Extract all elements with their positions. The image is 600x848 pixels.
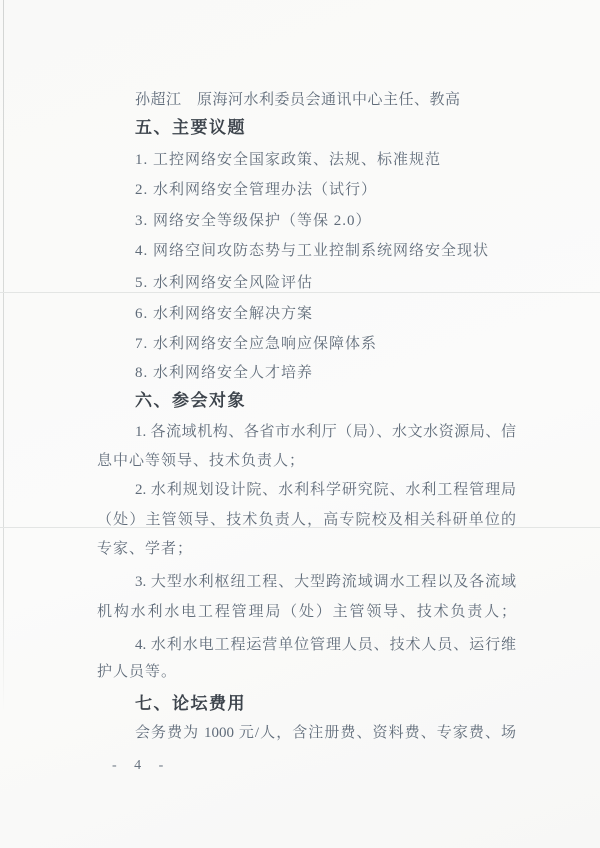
topic-item-2: 2. 水利网络安全管理办法（试行） [135,179,377,201]
topic-item-6: 6. 水利网络安全解决方案 [135,303,313,325]
fees-line-1: 会务费为 1000 元/人，含注册费、资料费、专家费、场 [135,722,516,744]
topic-item-3: 3. 网络安全等级保护（等保 2.0） [135,210,372,232]
attendees-line-7: 机构水利水电工程管理局（处）主管领导、技术负责人； [97,601,516,623]
topic-item-7: 7. 水利网络安全应急响应保障体系 [135,333,377,355]
attendees-line-9: 护人员等。 [97,661,177,683]
section-topics-heading: 五、主要议题 [135,117,246,139]
section-fees-heading: 七、论坛费用 [135,693,246,715]
attendees-line-5: 专家、学者； [97,538,193,560]
attendees-line-2: 息中心等领导、技术负责人； [97,450,305,472]
attendees-line-1: 1. 各流域机构、各省市水利厅（局）、水文水资源局、信 [135,421,516,443]
page-number: - 4 - [112,755,167,777]
attendees-line-8: 4. 水利水电工程运营单位管理人员、技术人员、运行维 [135,634,516,656]
scanned-document-page: 孙超江 原海河水利委员会通讯中心主任、教高 五、主要议题 1. 工控网络安全国家… [0,0,600,848]
attendees-line-4: （处）主管领导、技术负责人，高专院校及相关科研单位的 [97,509,516,531]
attendees-line-6: 3. 大型水利枢纽工程、大型跨流域调水工程以及各流域 [135,571,516,593]
topic-item-5: 5. 水利网络安全风险评估 [135,272,313,294]
topic-item-4: 4. 网络空间攻防态势与工业控制系统网络安全现状 [135,240,489,262]
topic-item-1: 1. 工控网络安全国家政策、法规、标准规范 [135,149,441,171]
scan-artifact-vertical-line [3,0,4,712]
attendee-line: 孙超江 原海河水利委员会通讯中心主任、教高 [135,89,461,111]
attendees-line-3: 2. 水利规划设计院、水利科学研究院、水利工程管理局 [135,479,516,501]
section-attendees-heading: 六、参会对象 [135,390,246,412]
topic-item-8: 8. 水利网络安全人才培养 [135,362,313,384]
